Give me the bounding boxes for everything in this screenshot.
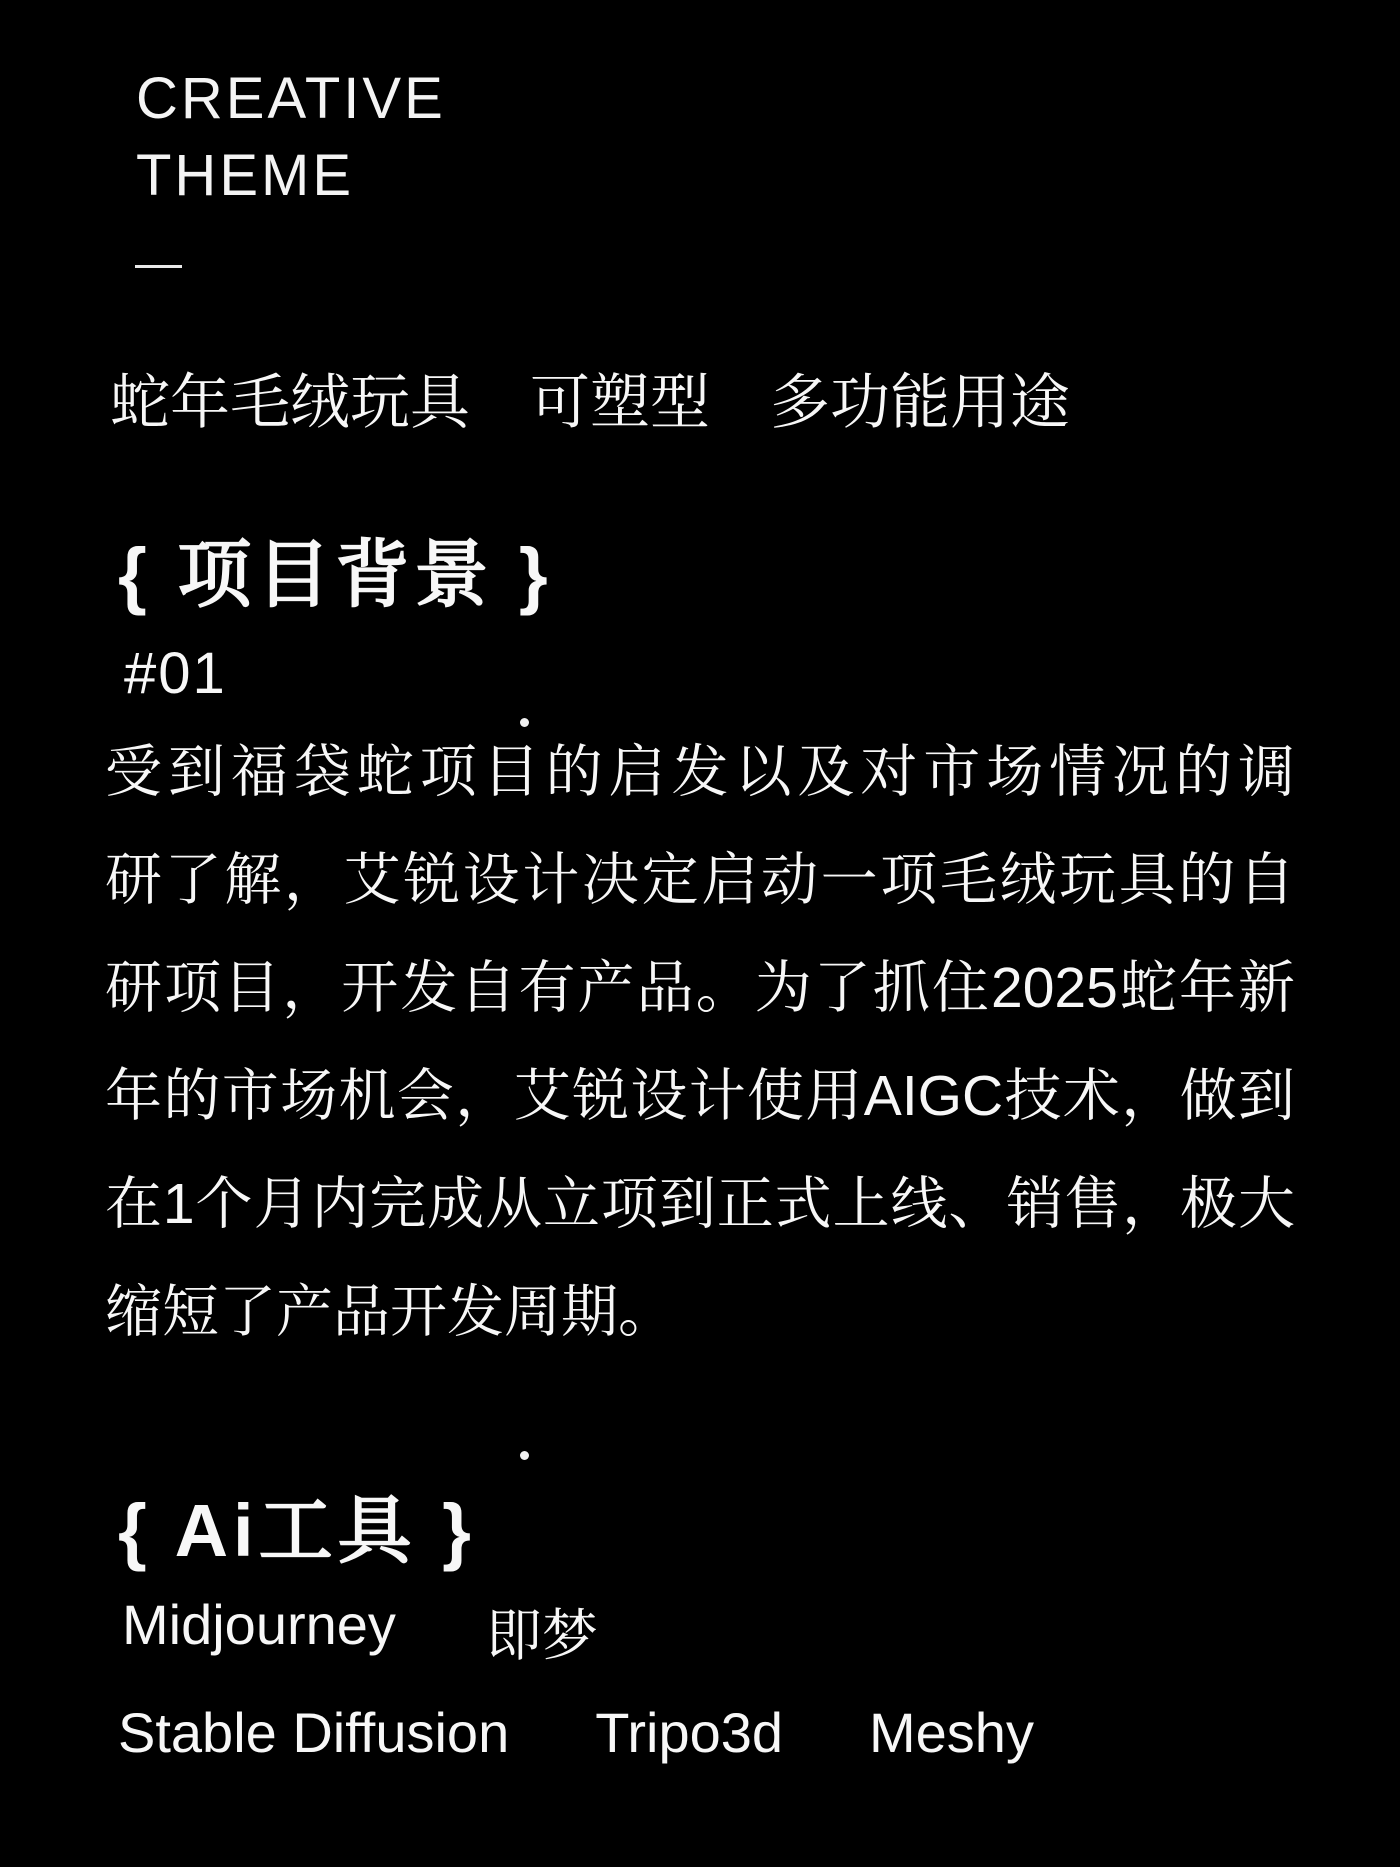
- paragraph-line: 研项目，开发自有产品。为了抓住2025蛇年新: [105, 934, 1295, 1042]
- keyword-item: 多功能用途: [770, 355, 1070, 441]
- title-underline-dash: [135, 265, 182, 268]
- ai-tools-row-2: Stable Diffusion Tripo3d Meshy: [118, 1700, 1034, 1765]
- keyword-item: 蛇年毛绒玩具: [110, 355, 470, 441]
- ai-tools-row-1: Midjourney 即梦: [122, 1592, 598, 1672]
- keyword-row: 蛇年毛绒玩具 可塑型 多功能用途: [110, 355, 1070, 441]
- paragraph-line: 年的市场机会，艾锐设计使用AIGC技术，做到: [105, 1042, 1295, 1150]
- keyword-item: 可塑型: [530, 355, 710, 441]
- paragraph-line: 研了解，艾锐设计决定启动一项毛绒玩具的自: [105, 826, 1295, 934]
- tool-item: Tripo3d: [595, 1700, 783, 1765]
- section-heading-project-background: { 项目背景 }: [118, 516, 553, 622]
- page-title-line1: CREATIVE: [136, 60, 446, 137]
- project-background-paragraph: 受到福袋蛇项目的启发以及对市场情况的调 研了解，艾锐设计决定启动一项毛绒玩具的自…: [105, 718, 1295, 1366]
- paragraph-line: 受到福袋蛇项目的启发以及对市场情况的调: [105, 718, 1295, 826]
- tool-item: Stable Diffusion: [118, 1700, 509, 1765]
- tool-item: 即梦: [486, 1592, 598, 1672]
- paragraph-line: 缩短了产品开发周期。: [105, 1258, 1295, 1366]
- paragraph-line: 在1个月内完成从立项到正式上线、销售，极大: [105, 1150, 1295, 1258]
- section-heading-ai-tools: { Ai工具 }: [118, 1472, 476, 1578]
- page-title: CREATIVE THEME: [136, 60, 446, 214]
- decorative-dot: [520, 1451, 529, 1460]
- tool-item: Meshy: [869, 1700, 1034, 1765]
- section-number: #01: [124, 640, 227, 707]
- page-title-line2: THEME: [136, 137, 446, 214]
- tool-item: Midjourney: [122, 1592, 396, 1672]
- poster-page: CREATIVE THEME 蛇年毛绒玩具 可塑型 多功能用途 { 项目背景 }…: [0, 0, 1400, 1867]
